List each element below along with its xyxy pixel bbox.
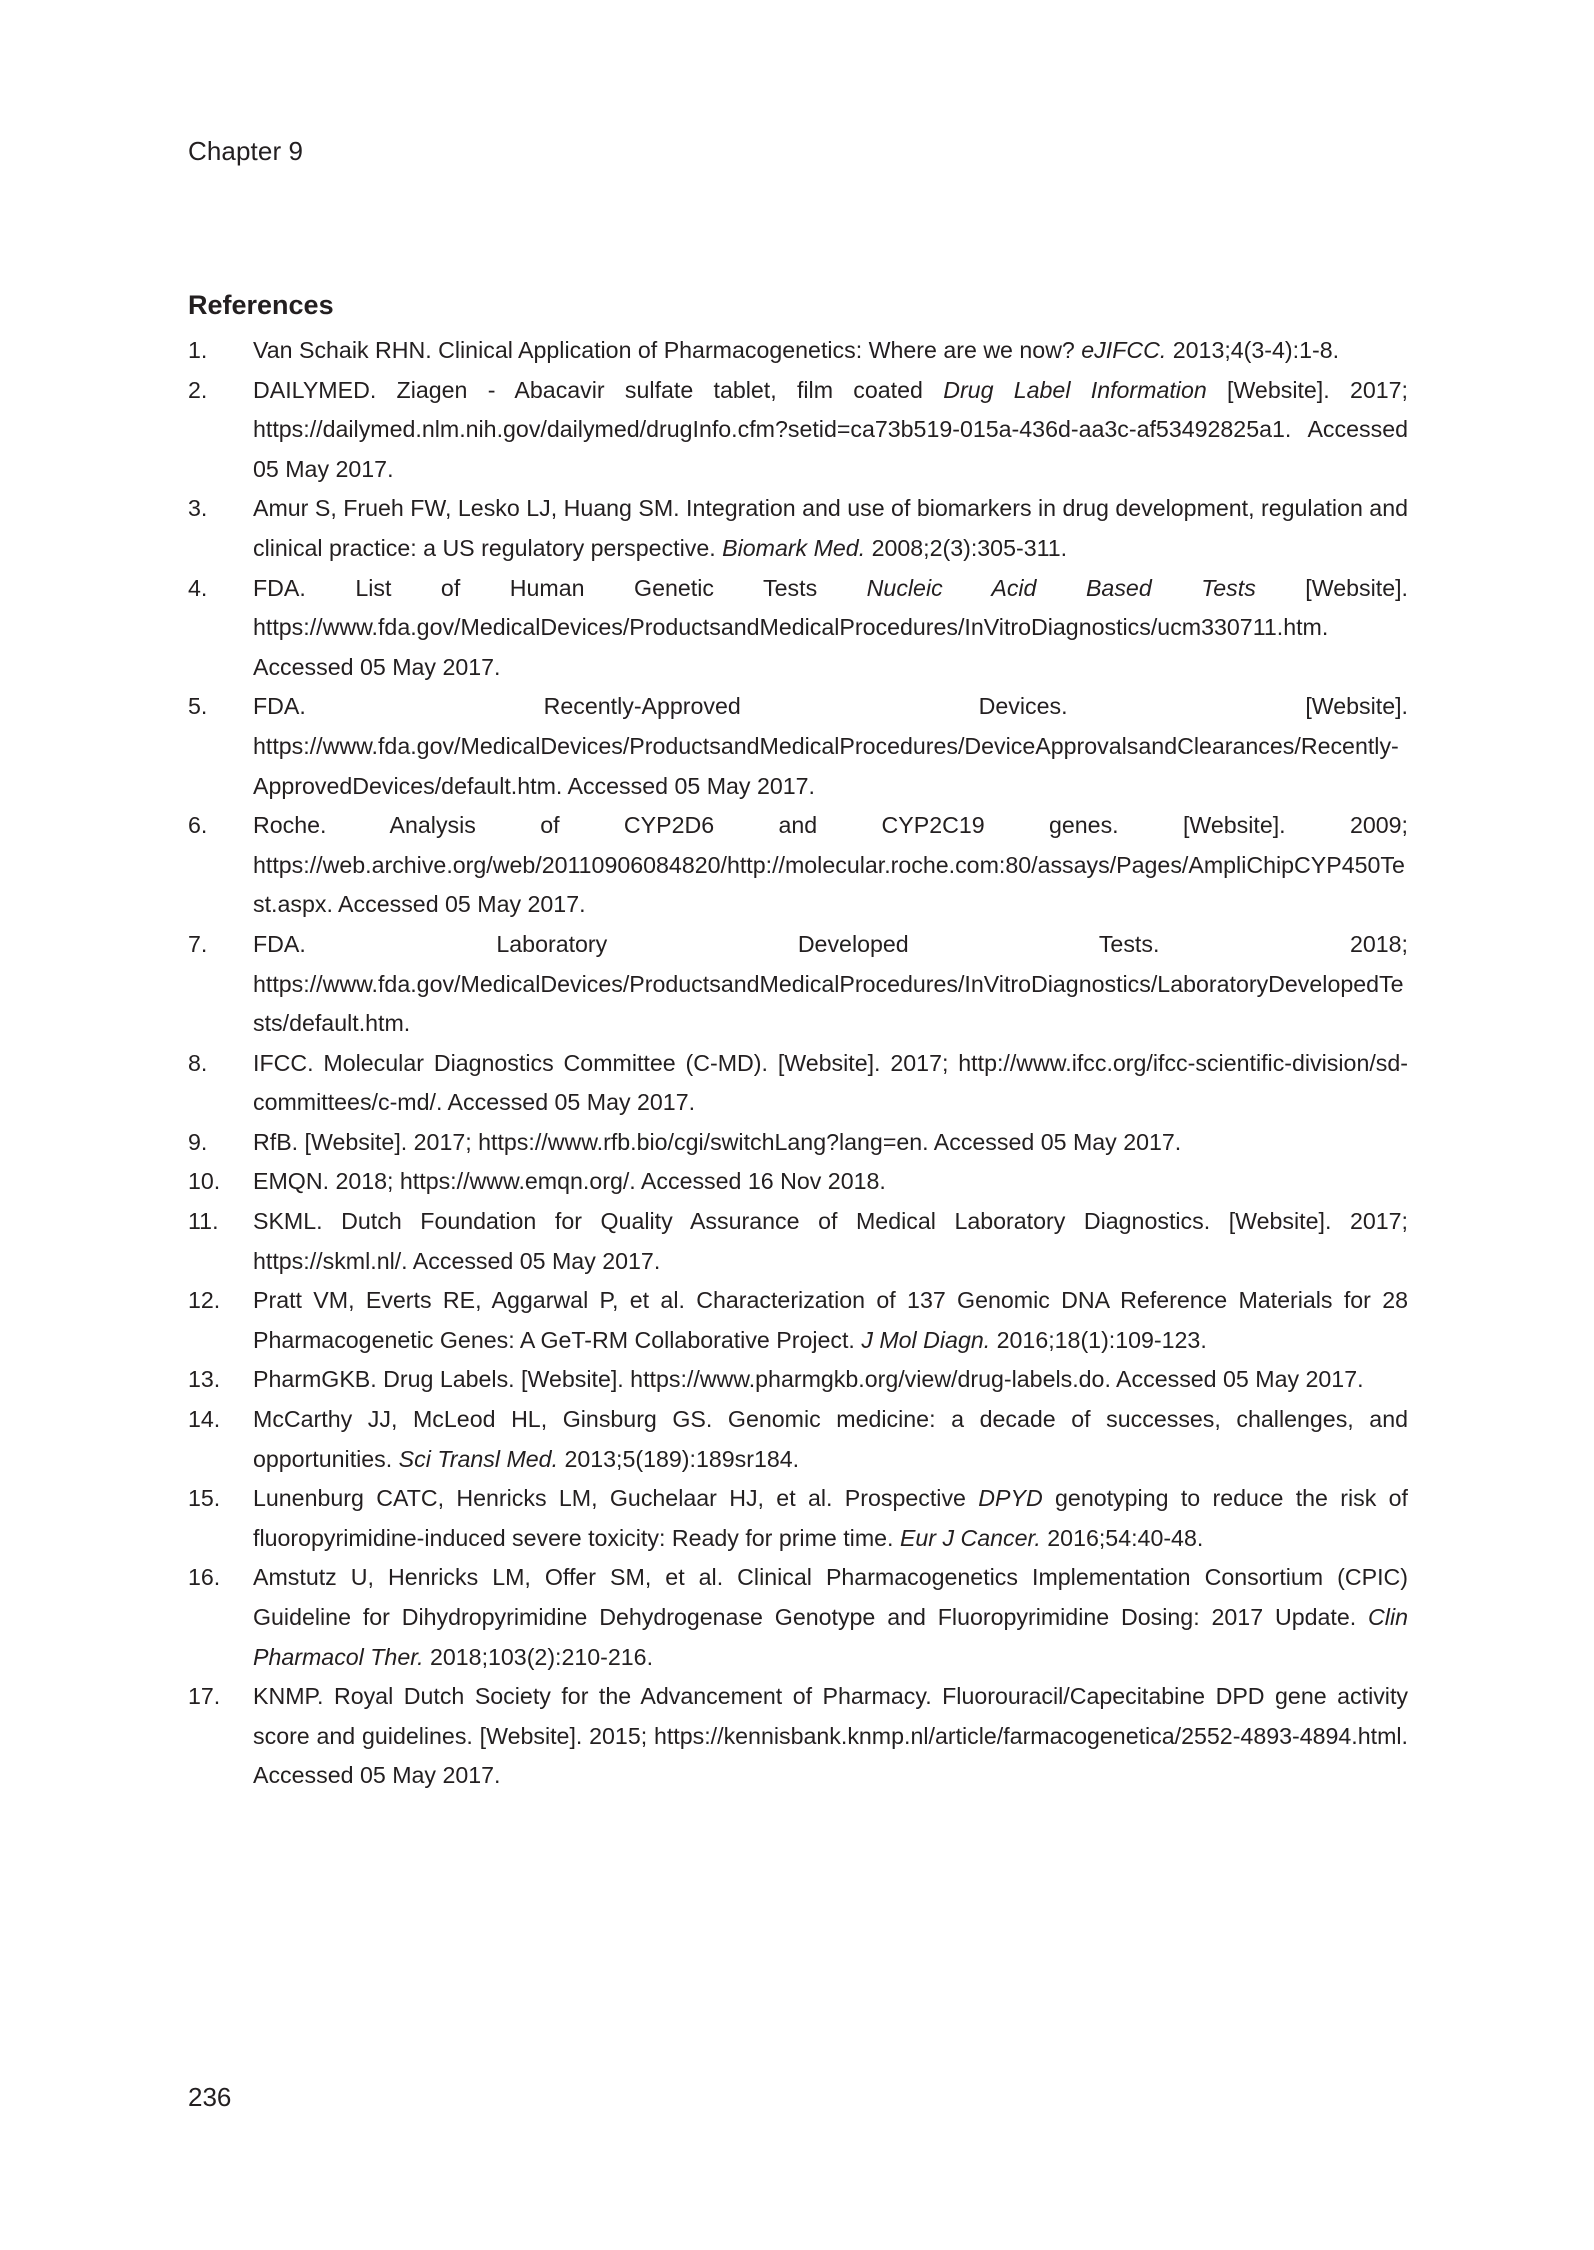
page-number: 236	[188, 2082, 231, 2113]
reference-item: 2. DAILYMED. Ziagen - Abacavir sulfate t…	[188, 371, 1408, 490]
reference-number: 3.	[188, 489, 207, 529]
reference-segment: 2016;54:40-48.	[1041, 1525, 1203, 1551]
reference-number: 13.	[188, 1360, 220, 1400]
journal-title: Nucleic Acid Based Tests	[867, 575, 1256, 601]
reference-text: Lunenburg CATC, Henricks LM, Guchelaar H…	[253, 1485, 1408, 1551]
reference-item: 10. EMQN. 2018; https://www.emqn.org/. A…	[188, 1162, 1408, 1202]
reference-number: 17.	[188, 1677, 220, 1717]
reference-text: Pratt VM, Everts RE, Aggarwal P, et al. …	[253, 1287, 1408, 1353]
reference-number: 11.	[188, 1202, 219, 1242]
reference-item: 3. Amur S, Frueh FW, Lesko LJ, Huang SM.…	[188, 489, 1408, 568]
reference-number: 9.	[188, 1123, 207, 1163]
reference-text: EMQN. 2018; https://www.emqn.org/. Acces…	[253, 1168, 886, 1194]
reference-number: 15.	[188, 1479, 220, 1519]
reference-number: 1.	[188, 331, 207, 371]
running-head: Chapter 9	[188, 136, 303, 167]
reference-segment: EMQN. 2018; https://www.emqn.org/. Acces…	[253, 1168, 886, 1194]
journal-title: Biomark Med.	[722, 535, 865, 561]
reference-segment: Van Schaik RHN. Clinical Application of …	[253, 337, 1081, 363]
reference-text: Roche. Analysis of CYP2D6 and CYP2C19 ge…	[253, 812, 1408, 917]
reference-segment: FDA. Recently-Approved Devices. [Website…	[253, 693, 1408, 798]
reference-text: SKML. Dutch Foundation for Quality Assur…	[253, 1208, 1408, 1274]
reference-item: 9. RfB. [Website]. 2017; https://www.rfb…	[188, 1123, 1408, 1163]
reference-item: 1. Van Schaik RHN. Clinical Application …	[188, 331, 1408, 371]
reference-segment: RfB. [Website]. 2017; https://www.rfb.bi…	[253, 1129, 1181, 1155]
reference-item: 7. FDA. Laboratory Developed Tests. 2018…	[188, 925, 1408, 1044]
journal-title: Drug Label Information	[943, 377, 1207, 403]
reference-number: 12.	[188, 1281, 220, 1321]
reference-segment: Amstutz U, Henricks LM, Offer SM, et al.…	[253, 1564, 1408, 1630]
reference-item: 13. PharmGKB. Drug Labels. [Website]. ht…	[188, 1360, 1408, 1400]
reference-text: PharmGKB. Drug Labels. [Website]. https:…	[253, 1366, 1364, 1392]
reference-segment: Pratt VM, Everts RE, Aggarwal P, et al. …	[253, 1287, 1408, 1353]
reference-segment: 2008;2(3):305-311.	[865, 535, 1067, 561]
reference-number: 16.	[188, 1558, 220, 1598]
reference-segment: IFCC. Molecular Diagnostics Committee (C…	[253, 1050, 1408, 1116]
journal-title: J Mol Diagn.	[861, 1327, 990, 1353]
section-title: References	[188, 290, 334, 321]
reference-number: 14.	[188, 1400, 220, 1440]
reference-text: RfB. [Website]. 2017; https://www.rfb.bi…	[253, 1129, 1181, 1155]
reference-item: 17. KNMP. Royal Dutch Society for the Ad…	[188, 1677, 1408, 1796]
reference-segment: Roche. Analysis of CYP2D6 and CYP2C19 ge…	[253, 812, 1408, 917]
reference-item: 12. Pratt VM, Everts RE, Aggarwal P, et …	[188, 1281, 1408, 1360]
reference-item: 8. IFCC. Molecular Diagnostics Committee…	[188, 1044, 1408, 1123]
reference-number: 4.	[188, 569, 207, 609]
reference-item: 4. FDA. List of Human Genetic Tests Nucl…	[188, 569, 1408, 688]
reference-number: 5.	[188, 687, 207, 727]
reference-number: 6.	[188, 806, 207, 846]
reference-number: 2.	[188, 371, 207, 411]
reference-text: Van Schaik RHN. Clinical Application of …	[253, 337, 1339, 363]
reference-segment: 2018;103(2):210-216.	[424, 1644, 653, 1670]
reference-text: Amur S, Frueh FW, Lesko LJ, Huang SM. In…	[253, 495, 1408, 561]
journal-title: eJIFCC.	[1081, 337, 1166, 363]
reference-text: FDA. Recently-Approved Devices. [Website…	[253, 693, 1408, 798]
journal-title: Sci Transl Med.	[399, 1446, 558, 1472]
reference-number: 7.	[188, 925, 207, 965]
reference-item: 16. Amstutz U, Henricks LM, Offer SM, et…	[188, 1558, 1408, 1677]
reference-item: 11. SKML. Dutch Foundation for Quality A…	[188, 1202, 1408, 1281]
reference-item: 6. Roche. Analysis of CYP2D6 and CYP2C19…	[188, 806, 1408, 925]
reference-segment: FDA. Laboratory Developed Tests. 2018; h…	[253, 931, 1408, 1036]
reference-text: FDA. List of Human Genetic Tests Nucleic…	[253, 575, 1408, 680]
reference-segment: 2016;18(1):109-123.	[990, 1327, 1207, 1353]
reference-segment: 2013;4(3-4):1-8.	[1166, 337, 1339, 363]
reference-item: 15. Lunenburg CATC, Henricks LM, Guchela…	[188, 1479, 1408, 1558]
reference-segment: Lunenburg CATC, Henricks LM, Guchelaar H…	[253, 1485, 978, 1511]
reference-segment: SKML. Dutch Foundation for Quality Assur…	[253, 1208, 1408, 1274]
reference-segment: KNMP. Royal Dutch Society for the Advanc…	[253, 1683, 1408, 1788]
reference-text: KNMP. Royal Dutch Society for the Advanc…	[253, 1683, 1408, 1788]
reference-list: 1. Van Schaik RHN. Clinical Application …	[188, 331, 1408, 1796]
reference-item: 14. McCarthy JJ, McLeod HL, Ginsburg GS.…	[188, 1400, 1408, 1479]
reference-segment: PharmGKB. Drug Labels. [Website]. https:…	[253, 1366, 1364, 1392]
reference-text: DAILYMED. Ziagen - Abacavir sulfate tabl…	[253, 377, 1408, 482]
journal-title: Eur J Cancer.	[900, 1525, 1041, 1551]
reference-segment: DAILYMED. Ziagen - Abacavir sulfate tabl…	[253, 377, 943, 403]
reference-text: McCarthy JJ, McLeod HL, Ginsburg GS. Gen…	[253, 1406, 1408, 1472]
journal-title: DPYD	[978, 1485, 1042, 1511]
reference-text: IFCC. Molecular Diagnostics Committee (C…	[253, 1050, 1408, 1116]
reference-number: 8.	[188, 1044, 207, 1084]
reference-item: 5. FDA. Recently-Approved Devices. [Webs…	[188, 687, 1408, 806]
reference-text: FDA. Laboratory Developed Tests. 2018; h…	[253, 931, 1408, 1036]
reference-segment: FDA. List of Human Genetic Tests	[253, 575, 867, 601]
reference-text: Amstutz U, Henricks LM, Offer SM, et al.…	[253, 1564, 1408, 1669]
reference-segment: 2013;5(189):189sr184.	[558, 1446, 799, 1472]
reference-number: 10.	[188, 1162, 220, 1202]
